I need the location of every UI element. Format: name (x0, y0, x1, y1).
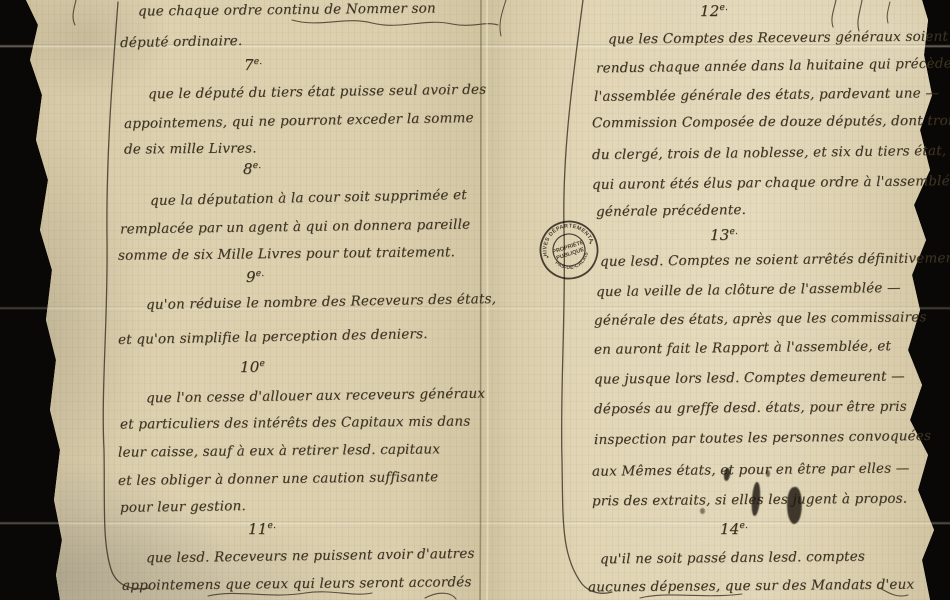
ink-blot (766, 470, 770, 477)
manuscript-line: et particuliers des intérêts des Capitau… (120, 413, 471, 432)
manuscript-line: pour leur gestion. (120, 498, 246, 516)
article-number: 9e. (246, 268, 264, 286)
scanned-manuscript-photo: { "document_kind": "handwritten French m… (0, 0, 950, 600)
article-number: 10e (240, 358, 265, 376)
article-number: 8e. (243, 160, 261, 178)
manuscript-line: déposés au greffe desd. états, pour être… (594, 399, 907, 418)
article-number: 7e. (244, 56, 262, 74)
manuscript-line: que les Comptes des Receveurs généraux s… (608, 29, 948, 48)
manuscript-line: député ordinaire. (120, 33, 243, 51)
manuscript-line: générale précédente. (596, 202, 746, 220)
article-number: 14e. (720, 520, 748, 538)
manuscript-line: que jusque lors lesd. Comptes demeurent … (594, 368, 905, 387)
ink-blot (700, 508, 705, 514)
manuscript-line: leur caisse, sauf à eux à retirer lesd. … (118, 441, 440, 460)
manuscript-line: de six mille Livres. (124, 140, 257, 157)
article-number: 12e. (700, 2, 728, 20)
manuscript-line: pris des extraits, si elles les jugent à… (592, 491, 907, 510)
article-number: 13e. (710, 226, 738, 244)
article-number: 11e. (248, 520, 276, 538)
manuscript-line: aucunes dépenses, que sur des Mandats d'… (588, 577, 914, 596)
manuscript-line: aux Mêmes états, et pour en être par ell… (592, 460, 910, 479)
manuscript-line: qu'il ne soit passé dans lesd. comptes (600, 549, 865, 568)
manuscript-line: Commission Composée de douze députés, do… (592, 113, 950, 132)
manuscript-line: que chaque ordre continu de Nommer son (138, 0, 436, 19)
